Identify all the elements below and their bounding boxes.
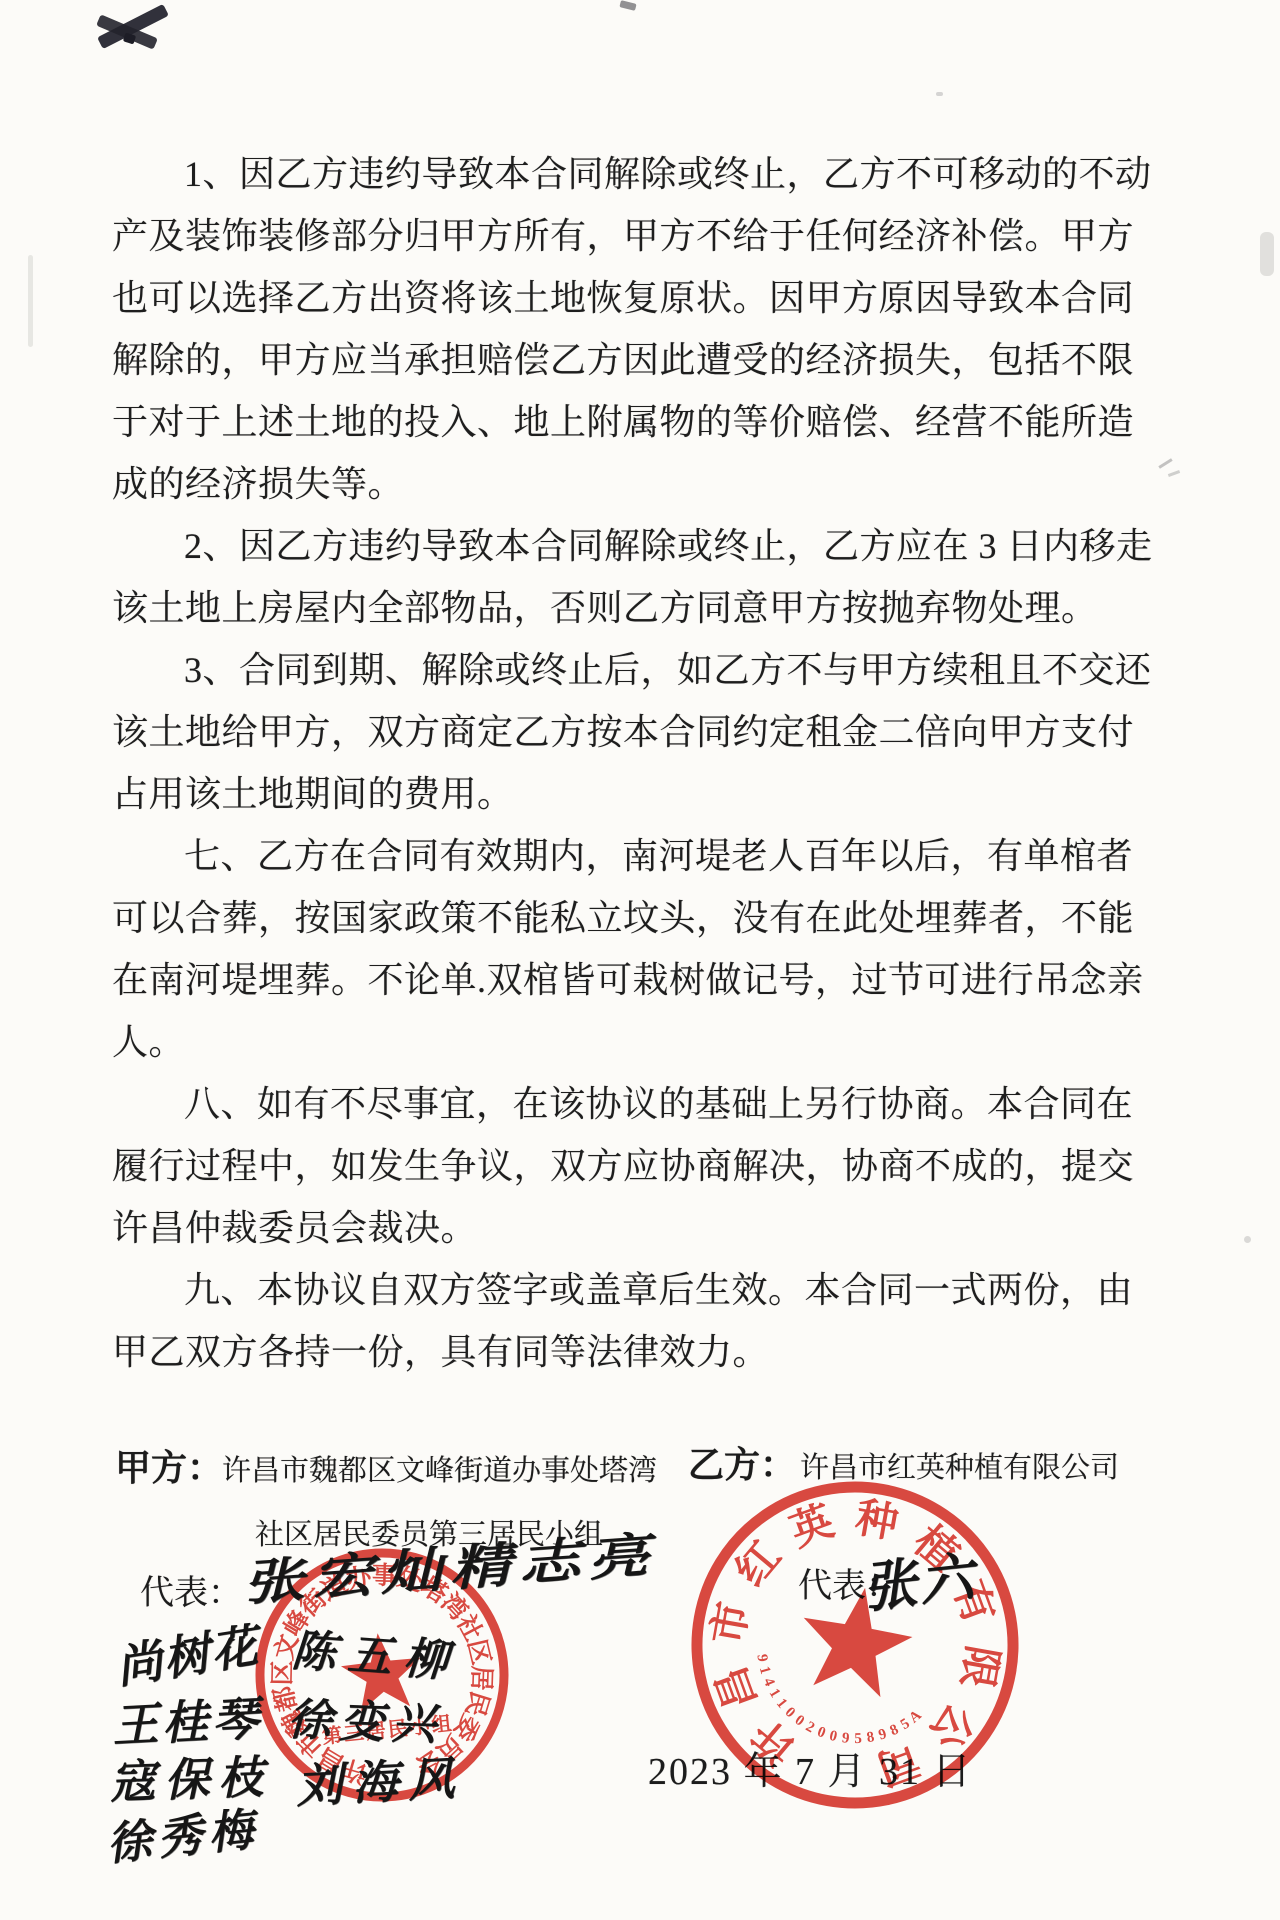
rep-a-label: 代表：	[140, 1565, 242, 1614]
svg-text:0: 0	[792, 1712, 808, 1729]
svg-text:司: 司	[870, 1734, 925, 1792]
contract-line: 占用该土地期间的费用。	[112, 763, 1157, 825]
scanned-contract-page: 1、因乙方违约导致本合同解除或终止，乙方不可移动的不动产及装饰装修部分归甲方所有…	[0, 0, 1280, 1920]
contract-line: 解除的，甲方应当承担赔偿乙方因此遭受的经济损失，包括不限	[112, 329, 1157, 391]
svg-text:居: 居	[467, 1665, 496, 1691]
contract-line: 该土地上房屋内全部物品，否则乙方同意甲方按抛弃物处理。	[112, 577, 1157, 639]
scan-artifact-scratch	[1158, 458, 1172, 468]
contract-line: 八、如有不尽事宜，在该协议的基础上另行协商。本合同在	[112, 1073, 1157, 1135]
rep-b-handwritten-signature: 张六	[858, 1534, 979, 1622]
contract-line: 在南河堤埋葬。不论单.双棺皆可栽树做记号，过节可进行吊念亲	[112, 949, 1157, 1011]
svg-text:8: 8	[888, 1722, 902, 1740]
contract-line: 产及装饰装修部分归甲方所有，甲方不给于任何经济补偿。甲方	[112, 205, 1157, 267]
scan-artifact-speck	[619, 0, 636, 11]
handwritten-signature: 陈五柳	[290, 1614, 462, 1690]
contract-body: 1、因乙方违约导致本合同解除或终止，乙方不可移动的不动产及装饰装修部分归甲方所有…	[112, 143, 1157, 1383]
contract-line: 许昌仲裁委员会裁决。	[112, 1197, 1157, 1259]
scan-artifact-speck	[936, 92, 943, 96]
contract-line: 履行过程中，如发生争议，双方应协商解决，协商不成的，提交	[112, 1135, 1157, 1197]
contract-line: 于对于上述土地的投入、地上附属物的等价赔偿、经营不能所造	[112, 391, 1157, 453]
scan-artifact-corner-mark	[123, 33, 136, 45]
party-a-name: 许昌市魏都区文峰街道办事处塔湾	[222, 1448, 657, 1489]
contract-line: 3、合同到期、解除或终止后，如乙方不与甲方续租且不交还	[112, 639, 1157, 701]
svg-text:5: 5	[854, 1731, 862, 1747]
contract-line: 该土地给甲方，双方商定乙方按本合同约定租金二倍向甲方支付	[112, 701, 1157, 763]
contract-line: 七、乙方在合同有效期内，南河堤老人百年以后，有单棺者	[112, 825, 1157, 887]
contract-line: 人。	[112, 1011, 1157, 1073]
contract-line: 也可以选择乙方出资将该土地恢复原状。因甲方原因导致本合同	[112, 267, 1157, 329]
scan-artifact-scratch	[1168, 470, 1180, 477]
party-a-label: 甲方：	[115, 1440, 223, 1491]
svg-text:9: 9	[877, 1726, 889, 1743]
svg-text:9: 9	[841, 1730, 850, 1747]
contract-line: 九、本协议自双方签字或盖章后生效。本合同一式两份，由	[112, 1259, 1157, 1321]
svg-text:限: 限	[952, 1642, 1005, 1691]
scan-artifact-corner-mark	[97, 4, 169, 49]
svg-text:9: 9	[753, 1653, 770, 1663]
svg-text:市: 市	[704, 1598, 758, 1648]
contract-line: 1、因乙方违约导致本合同解除或终止，乙方不可移动的不动	[112, 143, 1157, 205]
svg-text:8: 8	[865, 1729, 875, 1746]
svg-text:区: 区	[462, 1637, 495, 1668]
scan-artifact-smudge	[1260, 232, 1274, 276]
svg-text:0: 0	[828, 1728, 839, 1745]
contract-line: 2、因乙方违约导致本合同解除或终止，乙方应在 3 日内移走	[112, 515, 1157, 577]
svg-text:英: 英	[785, 1498, 840, 1556]
handwritten-signature: 徐变兴	[287, 1683, 445, 1752]
svg-text:0: 0	[815, 1724, 828, 1742]
svg-text:2: 2	[803, 1719, 817, 1737]
party-b-round-seal: 许昌市红英种植有限公司9141100200958985A	[658, 1448, 1052, 1842]
svg-text:种: 种	[852, 1494, 902, 1548]
contract-line: 成的经济损失等。	[112, 453, 1157, 515]
handwritten-signature: 刘海风	[294, 1742, 465, 1817]
contract-line: 可以合葬，按国家政策不能私立坟头，没有在此处埋葬者，不能	[112, 887, 1157, 949]
scan-artifact-corner-mark	[96, 14, 158, 49]
scan-artifact-smudge	[28, 255, 33, 347]
scan-artifact-speck	[1244, 1236, 1251, 1243]
contract-line: 甲乙双方各持一份，具有同等法律效力。	[112, 1321, 1157, 1383]
svg-text:1: 1	[756, 1665, 773, 1677]
svg-text:4: 4	[760, 1676, 778, 1690]
